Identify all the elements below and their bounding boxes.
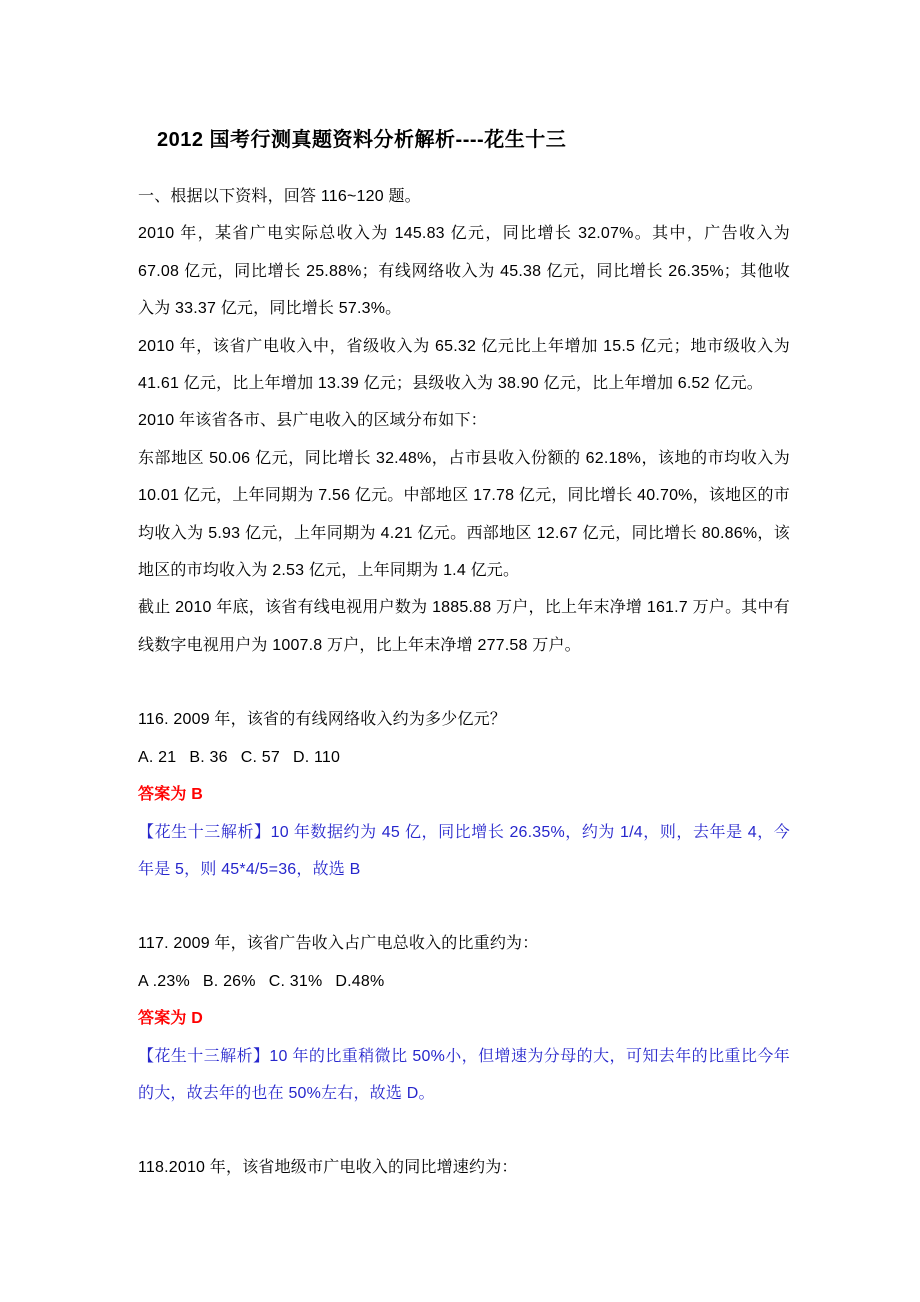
option: C. 31% [269,963,323,1000]
option: A .23% [138,963,190,1000]
question-text: 117. 2009 年，该省广告收入占广电总收入的比重约为： [138,925,790,962]
questions: 116. 2009 年，该省的有线网络收入约为多少亿元？A. 21B. 36C.… [138,701,790,1186]
intro-paragraph: 东部地区 50.06 亿元，同比增长 32.48%，占市县收入份额的 62.18… [138,440,790,590]
intro-paragraph: 截止 2010 年底，该省有线电视用户数为 1885.88 万户，比上年末净增 … [138,589,790,664]
question-text: 118.2010 年，该省地级市广电收入的同比增速约为： [138,1149,790,1186]
option: B. 26% [203,963,256,1000]
answer-text: 答案为 D [138,1000,790,1037]
question-block-116: 116. 2009 年，该省的有线网络收入约为多少亿元？A. 21B. 36C.… [138,701,790,888]
option: D.48% [335,963,384,1000]
answer-text: 答案为 B [138,776,790,813]
document-content: 2012 国考行测真题资料分析解析----花生十三 一、根据以下资料，回答 11… [138,120,790,1187]
question-block-117: 117. 2009 年，该省广告收入占广电总收入的比重约为：A .23%B. 2… [138,925,790,1112]
intro-paragraph: 2010 年，某省广电实际总收入为 145.83 亿元，同比增长 32.07%。… [138,215,790,327]
option: C. 57 [241,739,280,776]
options-row: A .23%B. 26%C. 31%D.48% [138,963,790,1000]
section-heading: 一、根据以下资料，回答 116~120 题。 [138,178,790,215]
document-title: 2012 国考行测真题资料分析解析----花生十三 [138,120,790,160]
option: B. 36 [189,739,227,776]
option: D. 110 [293,739,340,776]
intro-paragraph: 2010 年该省各市、县广电收入的区域分布如下： [138,402,790,439]
option: A. 21 [138,739,176,776]
options-row: A. 21B. 36C. 57D. 110 [138,739,790,776]
question-block-118: 118.2010 年，该省地级市广电收入的同比增速约为： [138,1149,790,1186]
question-text: 116. 2009 年，该省的有线网络收入约为多少亿元？ [138,701,790,738]
intro-paragraphs: 2010 年，某省广电实际总收入为 145.83 亿元，同比增长 32.07%。… [138,215,790,664]
document-page: 2012 国考行测真题资料分析解析----花生十三 一、根据以下资料，回答 11… [0,0,920,1302]
explanation-text: 【花生十三解析】10 年的比重稍微比 50%小，但增速为分母的大，可知去年的比重… [138,1038,790,1113]
intro-paragraph: 2010 年，该省广电收入中，省级收入为 65.32 亿元比上年增加 15.5 … [138,328,790,403]
explanation-text: 【花生十三解析】10 年数据约为 45 亿，同比增长 26.35%，约为 1/4… [138,814,790,889]
